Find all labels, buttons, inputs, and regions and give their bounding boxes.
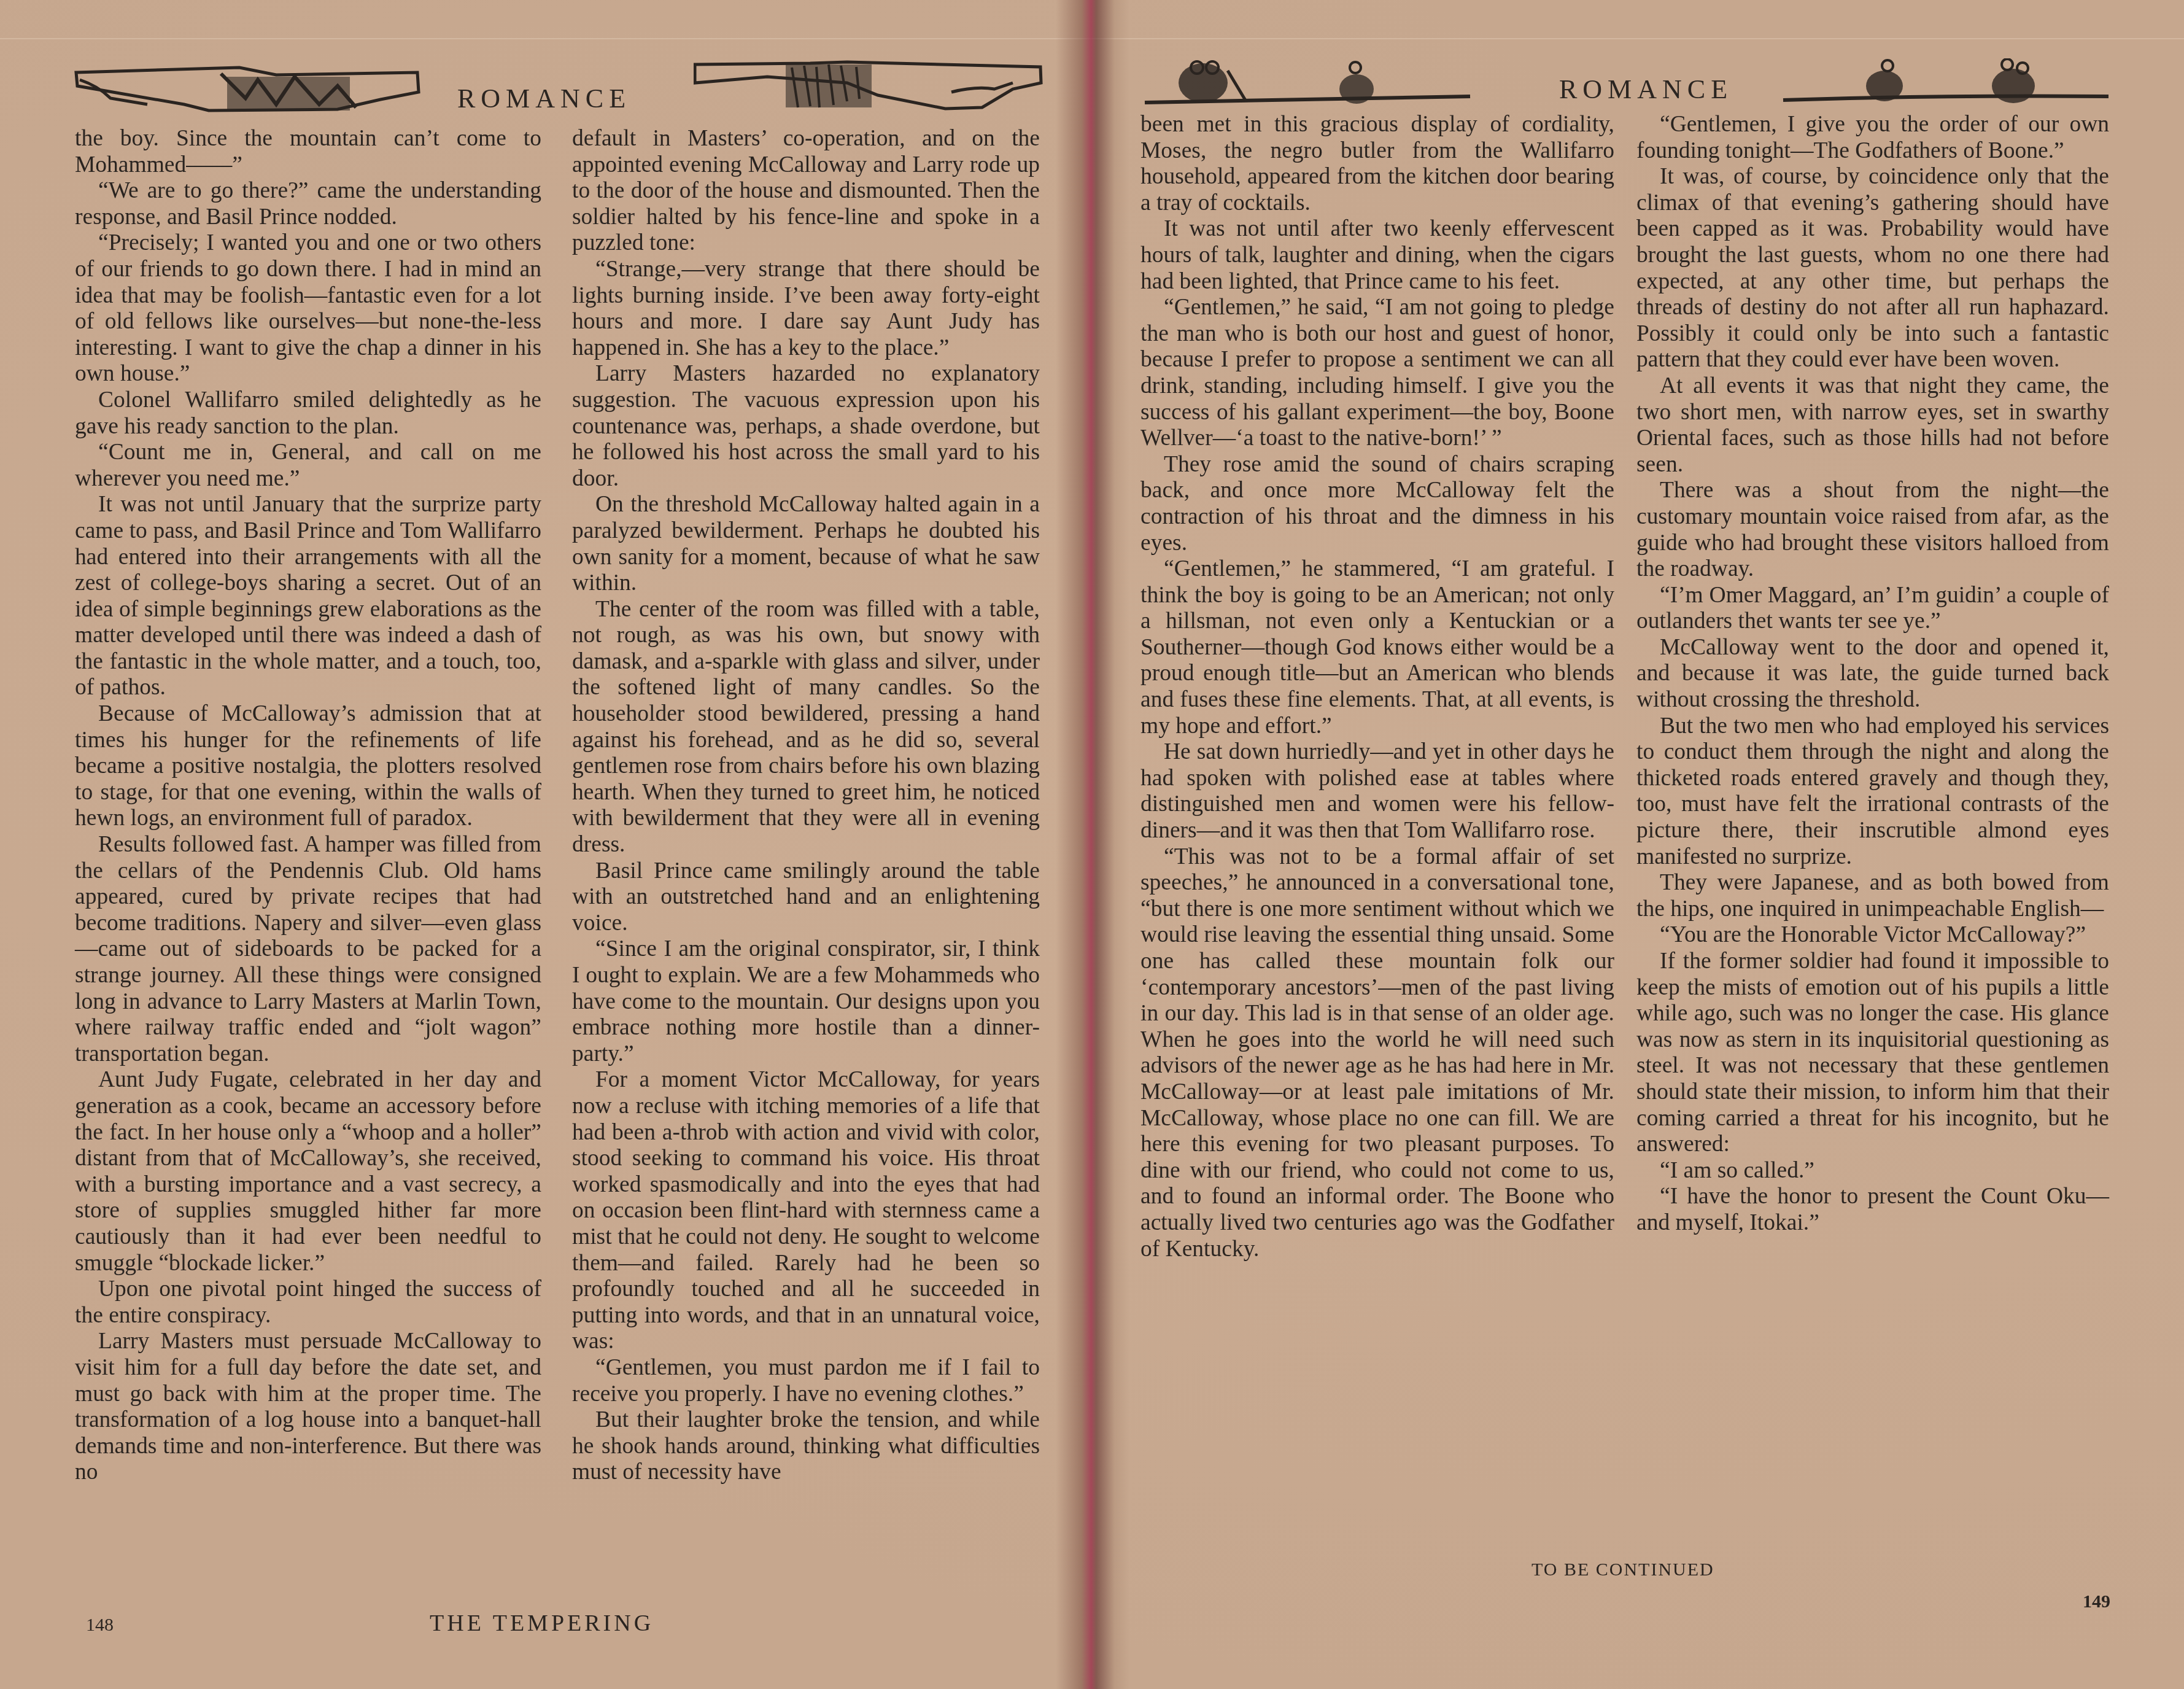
mountain-landscape-ornament-left-icon bbox=[74, 61, 424, 117]
paragraph: It was, of course, by coincidence only t… bbox=[1636, 164, 2109, 373]
paragraph: “This was not to be a formal affair of s… bbox=[1140, 844, 1614, 1263]
page-number: 149 bbox=[2083, 1591, 2110, 1612]
paragraph: He sat down hurriedly—and yet in other d… bbox=[1140, 739, 1614, 844]
paragraph: “You are the Honorable Victor McCalloway… bbox=[1636, 922, 2109, 949]
left-page-column-1: the boy. Since the mountain can’t come t… bbox=[75, 126, 541, 1486]
paragraph: “I have the honor to present the Count O… bbox=[1636, 1184, 2109, 1236]
right-page: ROMANCE been met in this gracious displa… bbox=[1105, 0, 2184, 1689]
paragraph: It was not until January that the surpri… bbox=[75, 492, 541, 701]
paragraph: Colonel Wallifarro smiled delightedly as… bbox=[75, 387, 541, 440]
left-page: ROMANCE the boy. Since the mountain can’… bbox=[0, 0, 1080, 1689]
paragraph: Larry Masters hazarded no explanatory su… bbox=[572, 361, 1040, 492]
mountain-landscape-ornament-right-icon bbox=[694, 58, 1044, 114]
paragraph: If the former soldier had found it impos… bbox=[1636, 949, 2109, 1158]
to-be-continued-note: TO BE CONTINUED bbox=[1532, 1559, 1714, 1580]
left-page-column-2: default in Masters’ co-operation, and on… bbox=[572, 126, 1040, 1486]
paragraph: been met in this gracious display of cor… bbox=[1140, 112, 1614, 216]
paragraph: Basil Prince came smilingly around the t… bbox=[572, 858, 1040, 937]
paragraph: default in Masters’ co-operation, and on… bbox=[572, 126, 1040, 257]
seated-figures-ornament-left-icon bbox=[1142, 58, 1473, 114]
paragraph: At all events it was that night they cam… bbox=[1636, 373, 2109, 478]
paragraph: Aunt Judy Fugate, celebrated in her day … bbox=[75, 1067, 541, 1276]
paragraph: Because of McCalloway’s admission that a… bbox=[75, 701, 541, 832]
paragraph: On the threshold McCalloway halted again… bbox=[572, 492, 1040, 596]
paragraph: “Gentlemen,” he said, “I am not going to… bbox=[1140, 295, 1614, 452]
paragraph: The center of the room was filled with a… bbox=[572, 597, 1040, 858]
right-page-header: ROMANCE bbox=[1142, 58, 2112, 120]
paragraph: They were Japanese, and as both bowed fr… bbox=[1636, 870, 2109, 922]
running-head: ROMANCE bbox=[457, 83, 631, 114]
right-page-column-2: “Gentlemen, I give you the order of our … bbox=[1636, 112, 2109, 1237]
paragraph: But the two men who had employed his ser… bbox=[1636, 713, 2109, 871]
page-number: 148 bbox=[86, 1615, 114, 1636]
paragraph: They rose amid the sound of chairs scrap… bbox=[1140, 452, 1614, 556]
paragraph: For a moment Victor McCalloway, for year… bbox=[572, 1067, 1040, 1355]
paragraph: There was a shout from the night—the cus… bbox=[1636, 478, 2109, 582]
running-head: ROMANCE bbox=[1559, 74, 1733, 105]
paragraph: But their laughter broke the tension, an… bbox=[572, 1407, 1040, 1486]
paragraph: It was not until after two keenly efferv… bbox=[1140, 216, 1614, 295]
paragraph: “Count me in, General, and call on me wh… bbox=[75, 440, 541, 492]
right-page-column-1: been met in this gracious display of cor… bbox=[1140, 112, 1614, 1262]
paragraph: “Gentlemen, you must pardon me if I fail… bbox=[572, 1355, 1040, 1407]
paragraph: “We are to go there?” came the understan… bbox=[75, 178, 541, 230]
paragraph: “Since I am the original conspirator, si… bbox=[572, 936, 1040, 1067]
paragraph: Upon one pivotal point hinged the succes… bbox=[75, 1276, 541, 1329]
paragraph: McCalloway went to the door and opened i… bbox=[1636, 635, 2109, 713]
paragraph: “I am so called.” bbox=[1636, 1158, 2109, 1184]
paragraph: “Precisely; I wanted you and one or two … bbox=[75, 230, 541, 387]
magazine-spread: ROMANCE the boy. Since the mountain can’… bbox=[0, 0, 2184, 1689]
paragraph: Results followed fast. A hamper was fill… bbox=[75, 832, 541, 1067]
seated-figures-ornament-right-icon bbox=[1780, 58, 2112, 114]
paragraph: “Strange,—very strange that there should… bbox=[572, 257, 1040, 361]
left-page-header: ROMANCE bbox=[74, 58, 1044, 120]
paragraph: “Gentlemen,” he stammered, “I am gratefu… bbox=[1140, 556, 1614, 739]
paragraph: “Gentlemen, I give you the order of our … bbox=[1636, 112, 2109, 164]
paragraph: “I’m Omer Maggard, an’ I’m guidin’ a cou… bbox=[1636, 583, 2109, 635]
running-foot-title: THE TEMPERING bbox=[430, 1610, 654, 1637]
paragraph: Larry Masters must persuade McCalloway t… bbox=[75, 1329, 541, 1486]
paragraph: the boy. Since the mountain can’t come t… bbox=[75, 126, 541, 178]
